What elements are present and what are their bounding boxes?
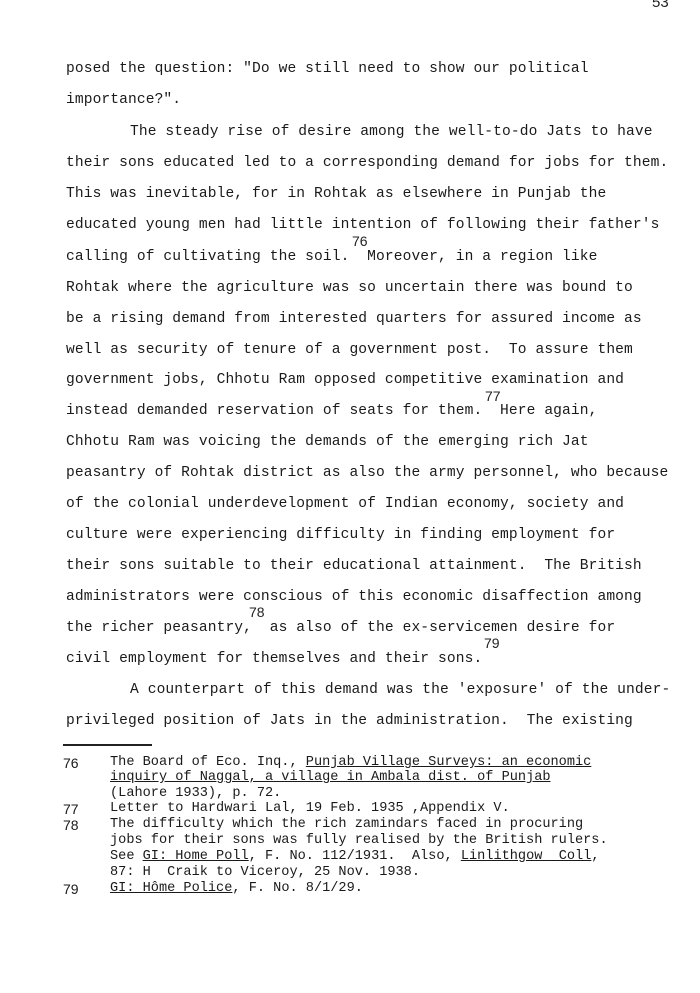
body-line: privileged position of Jats in the admin… — [66, 713, 633, 729]
footnote-title-cont: inquiry of Naggal, a village in Ambala d… — [110, 770, 551, 785]
body-line: posed the question: "Do we still need to… — [66, 61, 589, 77]
body-line: Chhotu Ram was voicing the demands of th… — [66, 434, 589, 450]
body-line: calling of cultivating the soil. Moreove… — [66, 249, 597, 265]
footnote-text: 87: H Craik to Viceroy, 25 Nov. 1938. — [110, 865, 420, 880]
body-line: of the colonial underdevelopment of Indi… — [66, 496, 624, 512]
body-line: peasantry of Rohtak district as also the… — [66, 465, 668, 481]
footnote-text: , F. No. 112/1931. Also, — [249, 849, 461, 864]
footnote-ref-78: 78 — [249, 604, 265, 620]
footnote-79-line: GI: Hôme Police, F. No. 8/1/29. — [110, 881, 363, 896]
paragraph-start: The steady rise of desire among the well… — [130, 124, 653, 140]
body-line: culture were experiencing difficulty in … — [66, 527, 615, 543]
footnote-text: , — [591, 849, 599, 864]
footnote-76-line: The Board of Eco. Inq., Punjab Village S… — [110, 755, 591, 770]
body-line: This was inevitable, for in Rohtak as el… — [66, 186, 606, 202]
body-line: the richer peasantry, as also of the ex-… — [66, 620, 615, 636]
paragraph-start: A counterpart of this demand was the 'ex… — [130, 682, 670, 698]
body-line: educated young men had little intention … — [66, 217, 659, 233]
footnote-text: (Lahore 1933), p. 72. — [110, 786, 281, 801]
body-line: instead demanded reservation of seats fo… — [66, 403, 597, 419]
body-line: Rohtak where the agriculture was so unce… — [66, 280, 633, 296]
footnote-text: , F. No. 8/1/29. — [232, 881, 363, 896]
archive-reference: GI: Home Poll — [143, 849, 249, 864]
footnote-ref-79: 79 — [484, 635, 500, 651]
body-line: their sons suitable to their educational… — [66, 558, 642, 574]
body-line: their sons educated led to a correspondi… — [66, 155, 668, 171]
footnote-ref-76: 76 — [352, 233, 368, 249]
archive-reference: Linlithgow Coll — [461, 849, 592, 864]
footnote-text: See — [110, 849, 143, 864]
footnote-number: 76 — [63, 755, 79, 771]
footnote-number: 79 — [63, 881, 79, 897]
document-page: 53 posed the question: "Do we still need… — [0, 0, 700, 993]
footnote-ref-77: 77 — [485, 388, 501, 404]
footnote-text: Letter to Hardwari Lal, 19 Feb. 1935 ,Ap… — [110, 801, 510, 816]
page-number: 53 — [652, 0, 669, 11]
footnote-text: jobs for their sons was fully realised b… — [110, 833, 608, 848]
footnote-number: 77 — [63, 801, 79, 817]
body-line: be a rising demand from interested quart… — [66, 311, 642, 327]
body-line: importance?". — [66, 92, 181, 108]
archive-reference: GI: Hôme Police — [110, 881, 232, 896]
footnote-text: The difficulty which the rich zamindars … — [110, 817, 583, 832]
body-line: civil employment for themselves and thei… — [66, 651, 482, 667]
footnote-text: The Board of Eco. Inq., — [110, 755, 306, 770]
footnote-78-see-line: See GI: Home Poll, F. No. 112/1931. Also… — [110, 849, 600, 864]
body-line: well as security of tenure of a governme… — [66, 342, 633, 358]
footnote-separator — [63, 744, 152, 746]
body-line: administrators were conscious of this ec… — [66, 589, 642, 605]
footnote-number: 78 — [63, 817, 79, 833]
body-line: government jobs, Chhotu Ram opposed comp… — [66, 372, 624, 388]
footnote-title: Punjab Village Surveys: an economic — [306, 755, 592, 770]
